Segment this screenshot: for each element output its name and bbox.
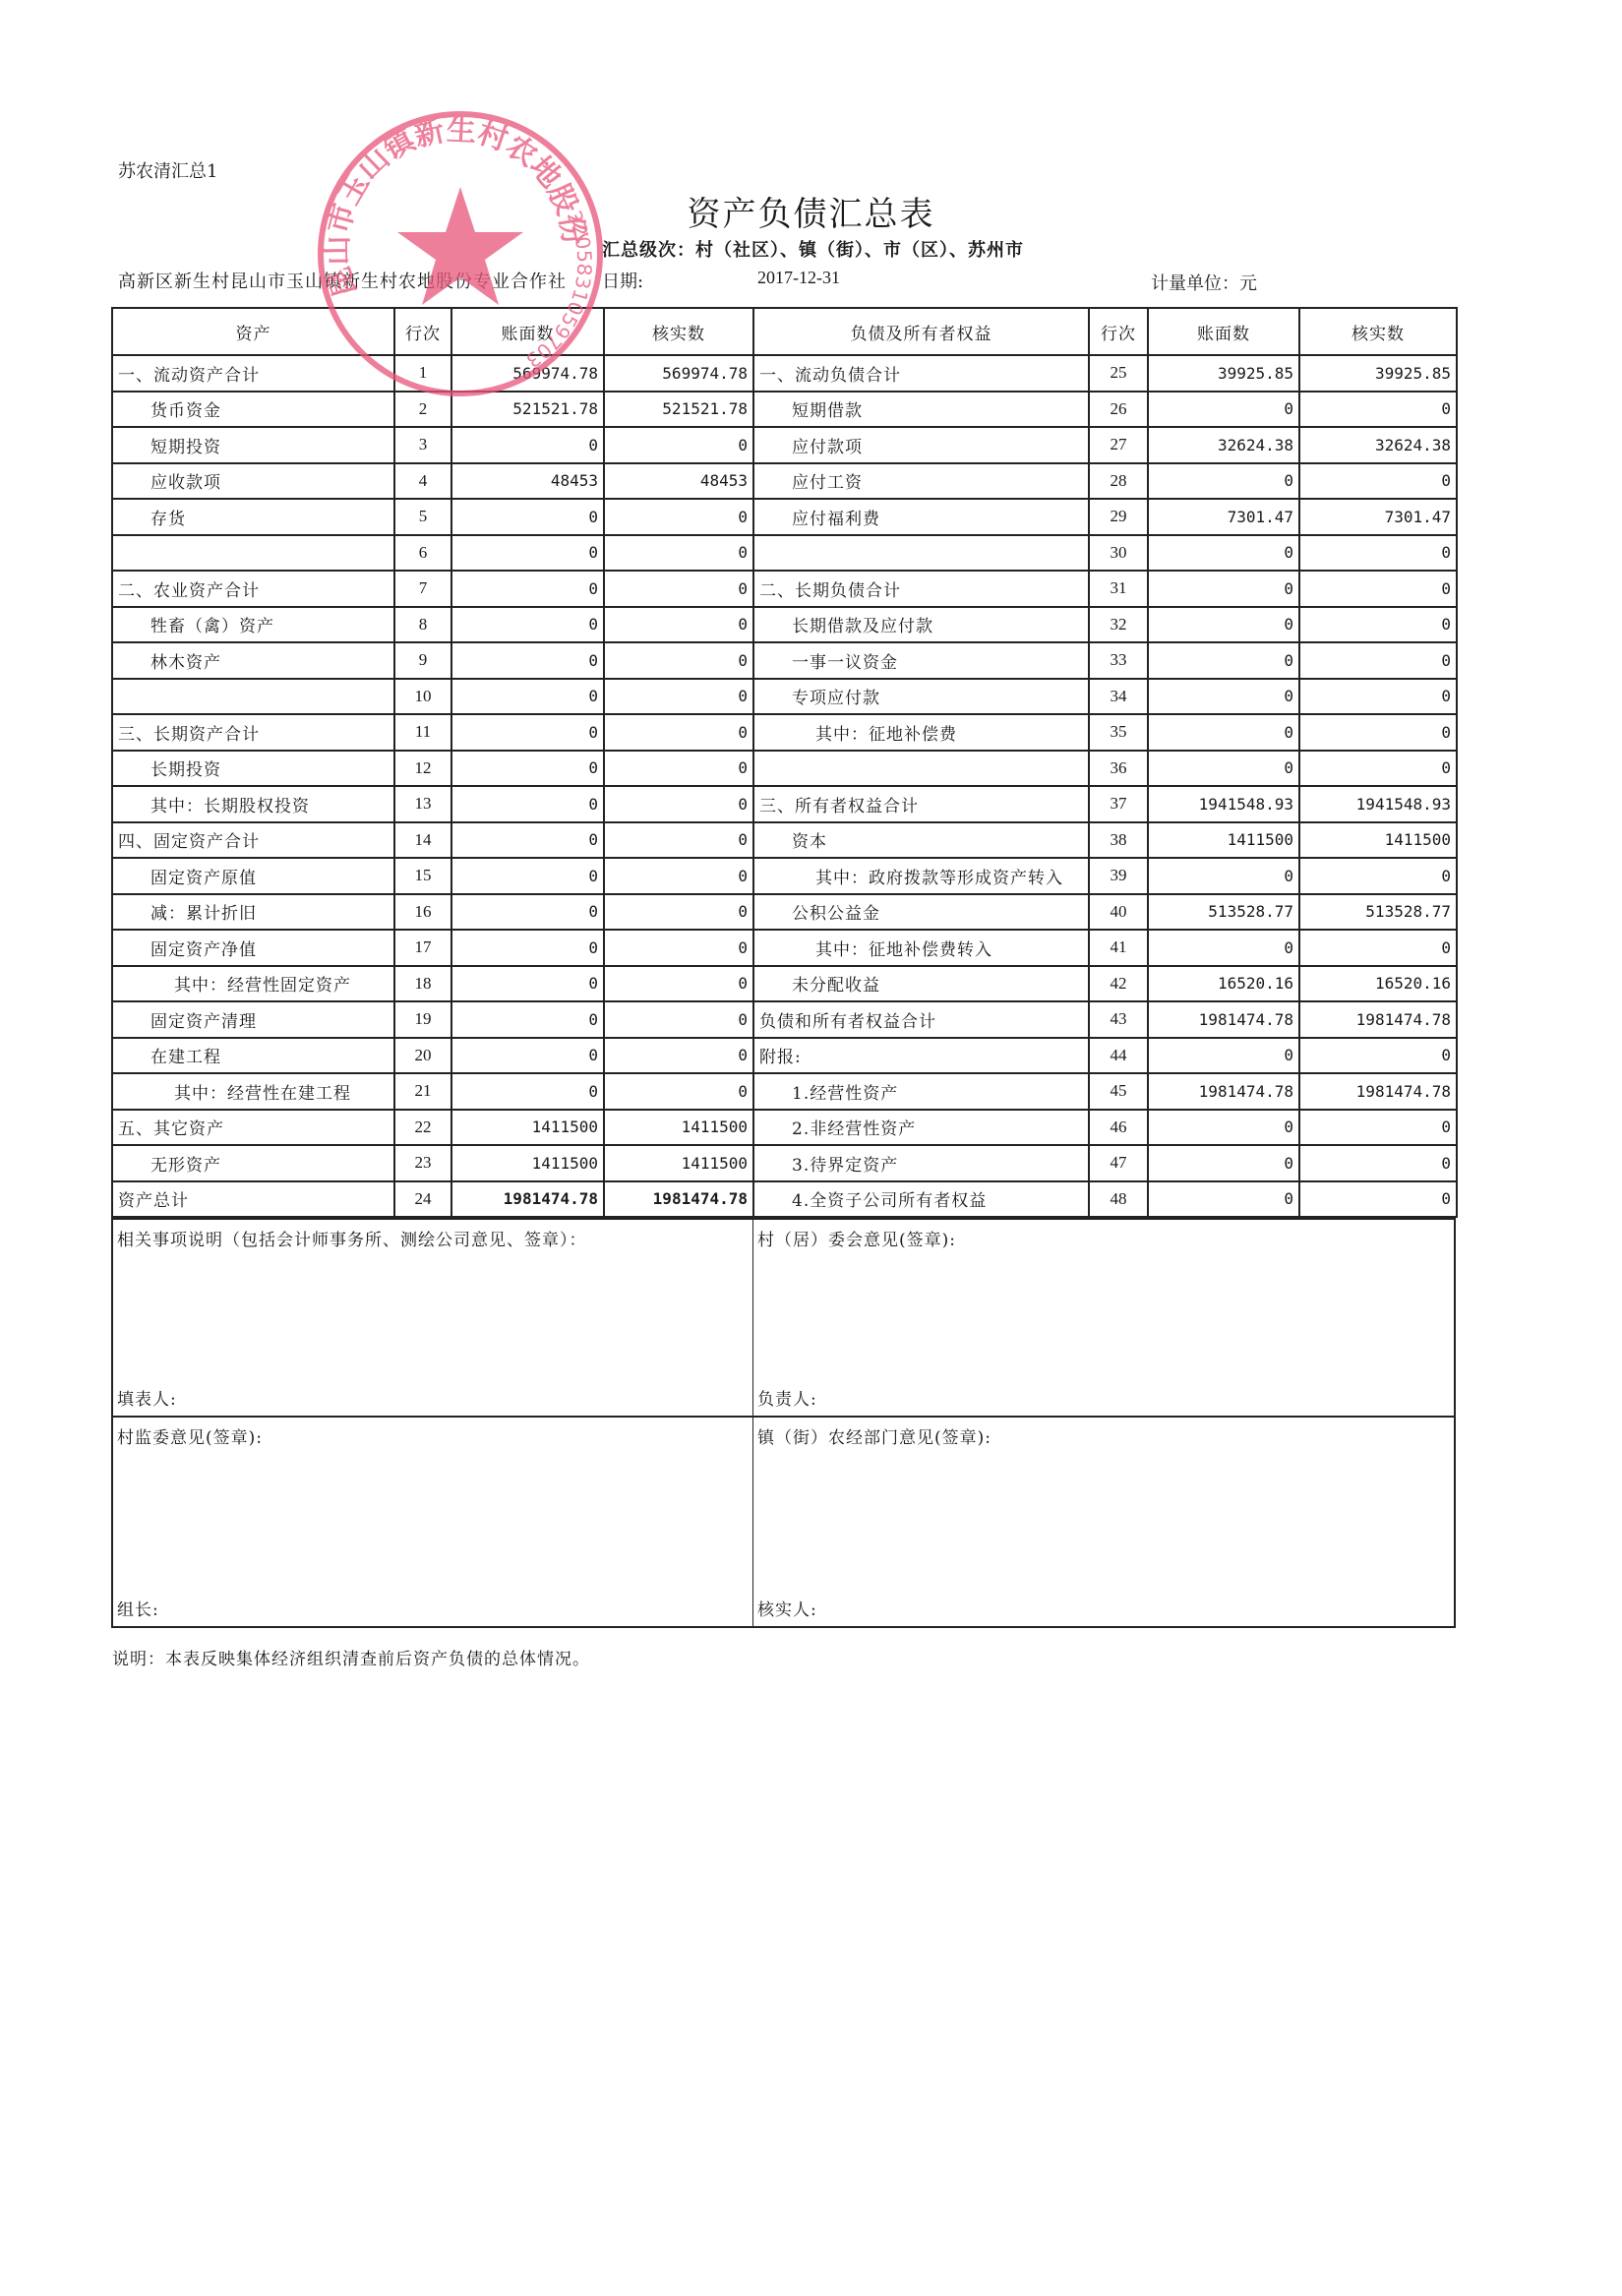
liability-label: 短期借款 bbox=[753, 392, 1089, 428]
liability-book-value: 0 bbox=[1148, 1110, 1299, 1146]
liability-verified-value: 32624.38 bbox=[1299, 427, 1457, 463]
liability-label: 2.非经营性资产 bbox=[753, 1110, 1089, 1146]
asset-label: 固定资产净值 bbox=[112, 930, 394, 966]
asset-line-no: 23 bbox=[394, 1145, 451, 1181]
asset-verified-value: 0 bbox=[604, 858, 753, 894]
liability-verified-value: 0 bbox=[1299, 1145, 1457, 1181]
liability-verified-value: 0 bbox=[1299, 392, 1457, 428]
liability-verified-value: 1981474.78 bbox=[1299, 1001, 1457, 1038]
asset-label: 三、长期资产合计 bbox=[112, 714, 394, 751]
asset-book-value: 1411500 bbox=[451, 1145, 604, 1181]
liability-label: 专项应付款 bbox=[753, 679, 1089, 715]
col-book: 账面数 bbox=[451, 308, 604, 355]
liability-verified-value: 0 bbox=[1299, 714, 1457, 751]
liability-label: 4.全资子公司所有者权益 bbox=[753, 1181, 1089, 1218]
asset-verified-value: 0 bbox=[604, 642, 753, 679]
asset-line-no: 5 bbox=[394, 499, 451, 535]
liability-line-no: 40 bbox=[1089, 894, 1148, 931]
liability-verified-value: 0 bbox=[1299, 751, 1457, 787]
asset-verified-value: 0 bbox=[604, 822, 753, 859]
asset-book-value: 0 bbox=[451, 894, 604, 931]
asset-label: 存货 bbox=[112, 499, 394, 535]
asset-line-no: 9 bbox=[394, 642, 451, 679]
liability-verified-value: 0 bbox=[1299, 1110, 1457, 1146]
liability-book-value: 0 bbox=[1148, 751, 1299, 787]
liability-line-no: 43 bbox=[1089, 1001, 1148, 1038]
asset-book-value: 1411500 bbox=[451, 1110, 604, 1146]
liability-book-value: 513528.77 bbox=[1148, 894, 1299, 931]
supervision-committee-label: 村监委意见(签章): bbox=[117, 1423, 263, 1448]
liability-line-no: 44 bbox=[1089, 1038, 1148, 1074]
liability-line-no: 37 bbox=[1089, 786, 1148, 822]
col-verified: 核实数 bbox=[604, 308, 753, 355]
liability-book-value: 0 bbox=[1148, 930, 1299, 966]
liability-book-value: 1981474.78 bbox=[1148, 1073, 1299, 1110]
asset-line-no: 3 bbox=[394, 427, 451, 463]
liability-verified-value: 513528.77 bbox=[1299, 894, 1457, 931]
page-title: 资产负债汇总表 bbox=[0, 187, 1622, 235]
liability-book-value: 32624.38 bbox=[1148, 427, 1299, 463]
liability-verified-value: 0 bbox=[1299, 1038, 1457, 1074]
asset-book-value: 0 bbox=[451, 571, 604, 607]
asset-line-no: 10 bbox=[394, 679, 451, 715]
asset-verified-value: 1411500 bbox=[604, 1145, 753, 1181]
asset-label: 固定资产原值 bbox=[112, 858, 394, 894]
liability-label: 一、流动负债合计 bbox=[753, 355, 1089, 392]
asset-line-no: 19 bbox=[394, 1001, 451, 1038]
liability-verified-value: 0 bbox=[1299, 535, 1457, 572]
asset-verified-value: 521521.78 bbox=[604, 392, 753, 428]
group-leader-label: 组长: bbox=[117, 1596, 159, 1620]
asset-verified-value: 1981474.78 bbox=[604, 1181, 753, 1218]
asset-verified-value: 0 bbox=[604, 607, 753, 643]
asset-book-value: 0 bbox=[451, 679, 604, 715]
liability-line-no: 31 bbox=[1089, 571, 1148, 607]
town-agri-dept-box: 镇（街）农经部门意见(签章): 核实人: bbox=[753, 1418, 1454, 1626]
table-row: 一、流动资产合计1569974.78569974.78一、流动负债合计25399… bbox=[112, 355, 1457, 392]
asset-label: 二、农业资产合计 bbox=[112, 571, 394, 607]
asset-book-value: 0 bbox=[451, 966, 604, 1002]
liability-label: 1.经营性资产 bbox=[753, 1073, 1089, 1110]
table-row: 五、其它资产22141150014115002.非经营性资产4600 bbox=[112, 1110, 1457, 1146]
preparer-label: 填表人: bbox=[117, 1385, 177, 1410]
asset-line-no: 11 bbox=[394, 714, 451, 751]
asset-line-no: 2 bbox=[394, 392, 451, 428]
signature-section: 相关事项说明（包括会计师事务所、测绘公司意见、签章）： 填表人: 村（居）委会意… bbox=[111, 1218, 1456, 1628]
liability-label: 应付工资 bbox=[753, 463, 1089, 500]
table-header-row: 资产 行次 账面数 核实数 负债及所有者权益 行次 账面数 核实数 bbox=[112, 308, 1457, 355]
liability-line-no: 32 bbox=[1089, 607, 1148, 643]
liability-verified-value: 0 bbox=[1299, 1181, 1457, 1218]
asset-line-no: 13 bbox=[394, 786, 451, 822]
liability-book-value: 0 bbox=[1148, 1145, 1299, 1181]
liability-verified-value: 1411500 bbox=[1299, 822, 1457, 859]
table-row: 货币资金2521521.78521521.78短期借款2600 bbox=[112, 392, 1457, 428]
liability-line-no: 27 bbox=[1089, 427, 1148, 463]
table-row: 二、农业资产合计700二、长期负债合计3100 bbox=[112, 571, 1457, 607]
liability-verified-value: 1981474.78 bbox=[1299, 1073, 1457, 1110]
balance-sheet-table: 资产 行次 账面数 核实数 负债及所有者权益 行次 账面数 核实数 一、流动资产… bbox=[111, 307, 1458, 1218]
asset-book-value: 0 bbox=[451, 1001, 604, 1038]
asset-book-value: 0 bbox=[451, 751, 604, 787]
asset-line-no: 17 bbox=[394, 930, 451, 966]
asset-verified-value: 1411500 bbox=[604, 1110, 753, 1146]
liability-verified-value: 16520.16 bbox=[1299, 966, 1457, 1002]
table-row: 固定资产清理1900负债和所有者权益合计431981474.781981474.… bbox=[112, 1001, 1457, 1038]
asset-line-no: 14 bbox=[394, 822, 451, 859]
asset-book-value: 0 bbox=[451, 1073, 604, 1110]
liability-label: 应付福利费 bbox=[753, 499, 1089, 535]
liability-book-value: 1411500 bbox=[1148, 822, 1299, 859]
asset-book-value: 0 bbox=[451, 930, 604, 966]
liability-label: 未分配收益 bbox=[753, 966, 1089, 1002]
asset-verified-value: 0 bbox=[604, 1073, 753, 1110]
liability-label: 其中：征地补偿费转入 bbox=[753, 930, 1089, 966]
asset-label: 固定资产清理 bbox=[112, 1001, 394, 1038]
liability-label bbox=[753, 535, 1089, 572]
asset-label: 其中：经营性在建工程 bbox=[112, 1073, 394, 1110]
liability-line-no: 35 bbox=[1089, 714, 1148, 751]
liability-line-no: 38 bbox=[1089, 822, 1148, 859]
liability-line-no: 42 bbox=[1089, 966, 1148, 1002]
liability-book-value: 0 bbox=[1148, 535, 1299, 572]
table-row: 固定资产原值1500其中：政府拨款等形成资产转入3900 bbox=[112, 858, 1457, 894]
liability-verified-value: 1941548.93 bbox=[1299, 786, 1457, 822]
liability-book-value: 16520.16 bbox=[1148, 966, 1299, 1002]
liability-line-no: 41 bbox=[1089, 930, 1148, 966]
liability-label: 3.待界定资产 bbox=[753, 1145, 1089, 1181]
asset-book-value: 0 bbox=[451, 786, 604, 822]
col-book: 账面数 bbox=[1148, 308, 1299, 355]
asset-label bbox=[112, 535, 394, 572]
asset-verified-value: 0 bbox=[604, 930, 753, 966]
liability-label: 一事一议资金 bbox=[753, 642, 1089, 679]
asset-verified-value: 0 bbox=[604, 894, 753, 931]
footnote: 说明：本表反映集体经济组织清查前后资产负债的总体情况。 bbox=[112, 1645, 590, 1669]
asset-line-no: 24 bbox=[394, 1181, 451, 1218]
asset-book-value: 0 bbox=[451, 642, 604, 679]
liability-book-value: 0 bbox=[1148, 642, 1299, 679]
asset-verified-value: 569974.78 bbox=[604, 355, 753, 392]
unit-label: 计量单位：元 bbox=[1151, 270, 1257, 295]
liability-label: 应付款项 bbox=[753, 427, 1089, 463]
table-row: 存货500应付福利费297301.477301.47 bbox=[112, 499, 1457, 535]
asset-verified-value: 0 bbox=[604, 786, 753, 822]
liability-label bbox=[753, 751, 1089, 787]
liability-line-no: 25 bbox=[1089, 355, 1148, 392]
table-row: 在建工程2000附报:4400 bbox=[112, 1038, 1457, 1074]
liability-line-no: 30 bbox=[1089, 535, 1148, 572]
liability-book-value: 0 bbox=[1148, 714, 1299, 751]
liability-label: 其中：征地补偿费 bbox=[753, 714, 1089, 751]
village-committee-label: 村（居）委会意见(签章): bbox=[757, 1226, 956, 1250]
asset-label: 一、流动资产合计 bbox=[112, 355, 394, 392]
liability-label: 三、所有者权益合计 bbox=[753, 786, 1089, 822]
asset-line-no: 20 bbox=[394, 1038, 451, 1074]
liability-line-no: 28 bbox=[1089, 463, 1148, 500]
asset-label: 短期投资 bbox=[112, 427, 394, 463]
asset-book-value: 0 bbox=[451, 822, 604, 859]
asset-book-value: 521521.78 bbox=[451, 392, 604, 428]
asset-book-value: 569974.78 bbox=[451, 355, 604, 392]
asset-verified-value: 0 bbox=[604, 751, 753, 787]
liability-book-value: 0 bbox=[1148, 1038, 1299, 1074]
asset-book-value: 1981474.78 bbox=[451, 1181, 604, 1218]
liability-book-value: 1941548.93 bbox=[1148, 786, 1299, 822]
asset-line-no: 21 bbox=[394, 1073, 451, 1110]
table-row: 减：累计折旧1600公积公益金40513528.77513528.77 bbox=[112, 894, 1457, 931]
related-matters-label: 相关事项说明（包括会计师事务所、测绘公司意见、签章）： bbox=[117, 1226, 587, 1250]
asset-label: 长期投资 bbox=[112, 751, 394, 787]
asset-book-value: 0 bbox=[451, 607, 604, 643]
responsible-person-label: 负责人: bbox=[757, 1385, 817, 1410]
liability-label: 公积公益金 bbox=[753, 894, 1089, 931]
table-row: 长期投资12003600 bbox=[112, 751, 1457, 787]
liability-verified-value: 0 bbox=[1299, 679, 1457, 715]
table-row: 6003000 bbox=[112, 535, 1457, 572]
asset-label: 应收款项 bbox=[112, 463, 394, 500]
table-row: 无形资产23141150014115003.待界定资产4700 bbox=[112, 1145, 1457, 1181]
asset-line-no: 1 bbox=[394, 355, 451, 392]
date-label: 日期: bbox=[602, 268, 643, 293]
asset-label: 四、固定资产合计 bbox=[112, 822, 394, 859]
table-row: 林木资产900一事一议资金3300 bbox=[112, 642, 1457, 679]
asset-verified-value: 48453 bbox=[604, 463, 753, 500]
date-value: 2017-12-31 bbox=[757, 268, 840, 288]
liability-line-no: 33 bbox=[1089, 642, 1148, 679]
asset-line-no: 15 bbox=[394, 858, 451, 894]
table-row: 固定资产净值1700其中：征地补偿费转入4100 bbox=[112, 930, 1457, 966]
asset-book-value: 0 bbox=[451, 535, 604, 572]
liability-book-value: 0 bbox=[1148, 392, 1299, 428]
col-line: 行次 bbox=[394, 308, 451, 355]
asset-line-no: 4 bbox=[394, 463, 451, 500]
liability-book-value: 39925.85 bbox=[1148, 355, 1299, 392]
verifier-label: 核实人: bbox=[757, 1596, 817, 1620]
liability-verified-value: 7301.47 bbox=[1299, 499, 1457, 535]
liability-verified-value: 0 bbox=[1299, 642, 1457, 679]
asset-line-no: 16 bbox=[394, 894, 451, 931]
asset-line-no: 7 bbox=[394, 571, 451, 607]
liability-book-value: 0 bbox=[1148, 1181, 1299, 1218]
liability-verified-value: 0 bbox=[1299, 607, 1457, 643]
asset-label: 在建工程 bbox=[112, 1038, 394, 1074]
table-row: 其中：经营性固定资产1800未分配收益4216520.1616520.16 bbox=[112, 966, 1457, 1002]
liability-book-value: 0 bbox=[1148, 571, 1299, 607]
asset-label: 资产总计 bbox=[112, 1181, 394, 1218]
asset-book-value: 0 bbox=[451, 427, 604, 463]
town-agri-dept-label: 镇（街）农经部门意见(签章): bbox=[757, 1423, 991, 1448]
summary-level: 汇总级次：村（社区）、镇（街）、市（区）、苏州市 bbox=[602, 236, 1024, 262]
asset-verified-value: 0 bbox=[604, 427, 753, 463]
liability-label: 附报: bbox=[753, 1038, 1089, 1074]
asset-verified-value: 0 bbox=[604, 499, 753, 535]
asset-verified-value: 0 bbox=[604, 571, 753, 607]
liability-verified-value: 0 bbox=[1299, 930, 1457, 966]
liability-verified-value: 0 bbox=[1299, 463, 1457, 500]
asset-label: 减：累计折旧 bbox=[112, 894, 394, 931]
liability-line-no: 34 bbox=[1089, 679, 1148, 715]
asset-verified-value: 0 bbox=[604, 1038, 753, 1074]
liability-book-value: 0 bbox=[1148, 607, 1299, 643]
liability-line-no: 47 bbox=[1089, 1145, 1148, 1181]
liability-label: 负债和所有者权益合计 bbox=[753, 1001, 1089, 1038]
asset-verified-value: 0 bbox=[604, 535, 753, 572]
supervision-committee-box: 村监委意见(签章): 组长: bbox=[113, 1418, 753, 1626]
liability-line-no: 36 bbox=[1089, 751, 1148, 787]
asset-line-no: 12 bbox=[394, 751, 451, 787]
table-row: 资产总计241981474.781981474.784.全资子公司所有者权益48… bbox=[112, 1181, 1457, 1218]
liability-label: 长期借款及应付款 bbox=[753, 607, 1089, 643]
liability-book-value: 7301.47 bbox=[1148, 499, 1299, 535]
asset-verified-value: 0 bbox=[604, 679, 753, 715]
asset-label: 林木资产 bbox=[112, 642, 394, 679]
liability-book-value: 0 bbox=[1148, 463, 1299, 500]
asset-line-no: 8 bbox=[394, 607, 451, 643]
asset-label: 无形资产 bbox=[112, 1145, 394, 1181]
table-row: 1000专项应付款3400 bbox=[112, 679, 1457, 715]
asset-book-value: 0 bbox=[451, 858, 604, 894]
table-row: 牲畜（禽）资产800长期借款及应付款3200 bbox=[112, 607, 1457, 643]
asset-label: 牲畜（禽）资产 bbox=[112, 607, 394, 643]
village-committee-box: 村（居）委会意见(签章): 负责人: bbox=[753, 1220, 1454, 1418]
table-row: 四、固定资产合计1400资本3814115001411500 bbox=[112, 822, 1457, 859]
liability-verified-value: 0 bbox=[1299, 571, 1457, 607]
asset-label: 其中：长期股权投资 bbox=[112, 786, 394, 822]
asset-book-value: 48453 bbox=[451, 463, 604, 500]
asset-line-no: 18 bbox=[394, 966, 451, 1002]
asset-label bbox=[112, 679, 394, 715]
asset-book-value: 0 bbox=[451, 714, 604, 751]
asset-book-value: 0 bbox=[451, 499, 604, 535]
table-row: 其中：经营性在建工程21001.经营性资产451981474.781981474… bbox=[112, 1073, 1457, 1110]
related-matters-box: 相关事项说明（包括会计师事务所、测绘公司意见、签章）： 填表人: bbox=[113, 1220, 753, 1418]
asset-verified-value: 0 bbox=[604, 714, 753, 751]
liability-line-no: 39 bbox=[1089, 858, 1148, 894]
liability-line-no: 29 bbox=[1089, 499, 1148, 535]
liability-verified-value: 39925.85 bbox=[1299, 355, 1457, 392]
liability-verified-value: 0 bbox=[1299, 858, 1457, 894]
asset-line-no: 6 bbox=[394, 535, 451, 572]
col-line: 行次 bbox=[1089, 308, 1148, 355]
organization-name: 高新区新生村昆山市玉山镇新生村农地股份专业合作社 bbox=[118, 268, 567, 293]
liability-label: 二、长期负债合计 bbox=[753, 571, 1089, 607]
liability-book-value: 0 bbox=[1148, 858, 1299, 894]
table-row: 其中：长期股权投资1300三、所有者权益合计371941548.93194154… bbox=[112, 786, 1457, 822]
asset-label: 五、其它资产 bbox=[112, 1110, 394, 1146]
table-row: 三、长期资产合计1100其中：征地补偿费3500 bbox=[112, 714, 1457, 751]
table-row: 短期投资300应付款项2732624.3832624.38 bbox=[112, 427, 1457, 463]
liability-label: 资本 bbox=[753, 822, 1089, 859]
liability-book-value: 1981474.78 bbox=[1148, 1001, 1299, 1038]
asset-verified-value: 0 bbox=[604, 966, 753, 1002]
table-row: 应收款项44845348453应付工资2800 bbox=[112, 463, 1457, 500]
liability-line-no: 26 bbox=[1089, 392, 1148, 428]
liability-line-no: 46 bbox=[1089, 1110, 1148, 1146]
asset-label: 其中：经营性固定资产 bbox=[112, 966, 394, 1002]
liability-label: 其中：政府拨款等形成资产转入 bbox=[753, 858, 1089, 894]
asset-book-value: 0 bbox=[451, 1038, 604, 1074]
col-assets: 资产 bbox=[112, 308, 394, 355]
asset-verified-value: 0 bbox=[604, 1001, 753, 1038]
liability-line-no: 48 bbox=[1089, 1181, 1148, 1218]
liability-book-value: 0 bbox=[1148, 679, 1299, 715]
form-code: 苏农清汇总1 bbox=[118, 157, 217, 183]
asset-label: 货币资金 bbox=[112, 392, 394, 428]
liability-line-no: 45 bbox=[1089, 1073, 1148, 1110]
col-verified: 核实数 bbox=[1299, 308, 1457, 355]
asset-line-no: 22 bbox=[394, 1110, 451, 1146]
col-liabilities: 负债及所有者权益 bbox=[753, 308, 1089, 355]
